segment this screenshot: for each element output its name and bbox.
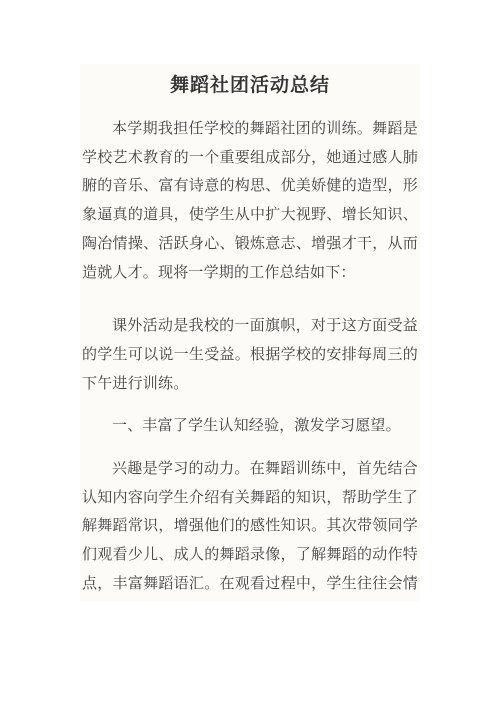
paragraph-intro: 本学期我担任学校的舞蹈社团的训练。舞蹈是学校艺术教育的一个重要组成部分，她通过感… [82, 114, 418, 286]
document-body: 本学期我担任学校的舞蹈社团的训练。舞蹈是学校艺术教育的一个重要组成部分，她通过感… [82, 114, 418, 601]
document-canvas: 舞蹈社团活动总结 本学期我担任学校的舞蹈社团的训练。舞蹈是学校艺术教育的一个重要… [0, 0, 500, 707]
paragraph-activity: 课外活动是我校的一面旗帜，对于这方面受益的学生可以说一生受益。根据学校的安排每周… [82, 311, 418, 397]
document-title: 舞蹈社团活动总结 [82, 73, 418, 99]
section-heading-1: 一、丰富了学生认知经验，激发学习愿望。 [82, 411, 418, 440]
document-page: 舞蹈社团活动总结 本学期我担任学校的舞蹈社团的训练。舞蹈是学校艺术教育的一个重要… [80, 64, 420, 601]
paragraph-interest: 兴趣是学习的动力。在舞蹈训练中，首先结合认知内容向学生介绍有关舞蹈的知识，帮助学… [82, 454, 418, 601]
